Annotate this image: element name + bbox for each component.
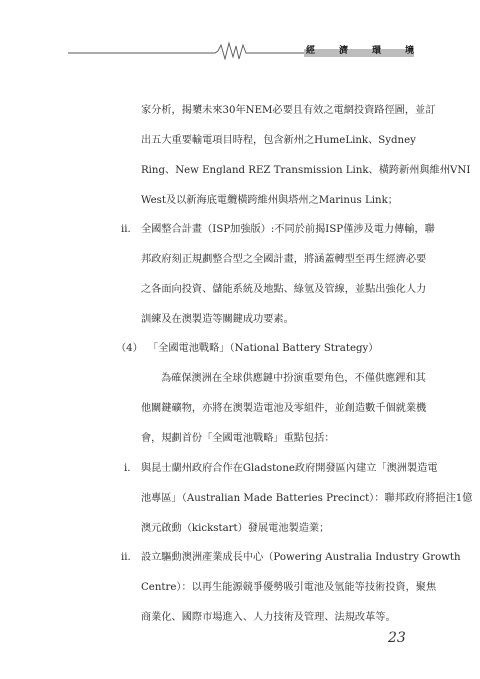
text-line: 為確保澳洲在全球供應鏈中扮演重要角色，不僅供應鋰和其 [161, 372, 413, 386]
list-marker: i. [124, 462, 131, 476]
text-line: 之各面向投資、儲能系統及地點、綠氫及管線，並點出強化人力 [141, 283, 413, 297]
section-title-char: 境 [405, 43, 414, 56]
text-line: 邦政府刻正規劃整合型之全國計畫，將涵蓋轉型至再生經濟必要 [141, 253, 413, 267]
page-header: 經 濟 環 境 [68, 40, 414, 60]
section-heading: 「全國電池戰略」（National Battery Strategy） [148, 342, 378, 356]
text-line: 全國整合計畫（ISP加強版）:不同於前揭ISP僅涉及電力傳輸，聯 [141, 223, 413, 237]
page-number: 23 [388, 630, 406, 646]
text-line: 澳元啟動（kickstart）發展電池製造業； [141, 522, 329, 536]
text-line: 池專區」（Australian Made Batteries Precinct）… [141, 492, 413, 506]
text-line: Centre）：以再生能源競爭優勢吸引電池及氫能等技術投資，聚焦 [141, 581, 413, 595]
text-line: 商業化、國際市場進入、人力技術及管理、法規改革等。 [141, 611, 396, 625]
section-title-char: 濟 [339, 43, 348, 56]
text-line: West及以新海底電纜橫跨維州與塔州之Marinus Link； [141, 194, 398, 208]
section-marker: （4） [116, 342, 143, 356]
text-line: Ring、New England REZ Transmission Link、橫… [141, 164, 413, 178]
text-line: 出五大重要輸電項目時程，包含新州之HumeLink、Sydney [141, 134, 413, 148]
text-line: 他關鍵礦物，亦將在澳製造電池及零組件，並創造數千個就業機 [141, 402, 413, 416]
text-line: 訓練及在澳製造等關鍵成功要素。 [141, 313, 294, 327]
list-marker: ii. [121, 551, 131, 565]
section-title-char: 經 [306, 43, 315, 56]
text-line: 會，規劃首份「全國電池戰略」重點包括： [141, 432, 335, 446]
section-title: 經 濟 環 境 [306, 43, 414, 56]
text-line: 設立驅動澳洲產業成長中心（Powering Australia Industry… [141, 551, 413, 565]
section-title-char: 環 [372, 43, 381, 56]
list-marker: ii. [121, 223, 131, 237]
text-line: 家分析，揭櫫未來30年NEM必要且有效之電網投資路徑圖，並訂 [141, 104, 413, 118]
text-line: 與昆士蘭州政府合作在Gladstone政府開發區內建立「澳洲製造電 [141, 462, 413, 476]
